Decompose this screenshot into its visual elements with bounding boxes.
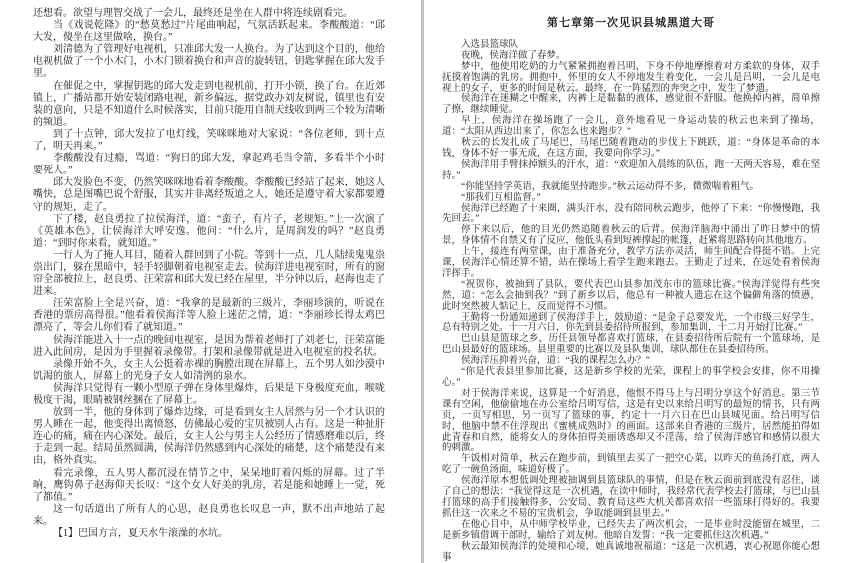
paragraph: 录像开始不久，女主人公挺着赤裸的胸膛出现在屏幕上，五个男人如沙漠中饥渴的旅人，屏… xyxy=(33,359,385,383)
paragraph: “你能坚持学英语，我就能坚持跑步。”秋云运动得不多，微微喘着粗气。 xyxy=(442,182,820,193)
paragraph: 李酸酸没有过瘾，骂道：“狗日的邱大发，拿起鸡毛当令箭，多看半个小时要死人。” xyxy=(33,153,385,177)
paragraph: 侯海洋用手臂抹掉额头的汗水，道：“欢迎加入晨练的队伍，跑一天两天容易，难在坚持。… xyxy=(442,160,820,182)
right-page-text: 入选县篮球队夜晚，侯海洋做了春梦。梦中，他使用吃奶的力气紧紧拥抱着吕明，下身不停… xyxy=(442,40,820,563)
paragraph: 上午，接连有两堂课，由于准备充分，教学方法亦灵活，师生间配合得挺不错。上完课，侯… xyxy=(442,247,820,280)
paragraph: 当《戏说乾隆》的“愁莫愁过”片尾曲响起，气氛活跃起来。李酸酸道：“邱大发，傻坐在… xyxy=(33,20,385,44)
paragraph: 在催促之中，掌握钥匙的邱大发走到电视机前，打开小锁，换了台。在近郊镇上，广播站都… xyxy=(33,81,385,129)
paragraph: 午饭相对简单，秋云在跑步前，到镇里去买了一把空心菜，以昨天的鱼汤打底，两人吃了一… xyxy=(442,454,820,476)
paragraph: 这一句话道出了所有人的心思，赵良勇也长叹息一声，默不出声地站了起来。 xyxy=(33,504,385,528)
paragraph: “那我们互相监督。” xyxy=(442,193,820,204)
paragraph: 早上，侯海洋在操场跑了一会儿，意外地看见一身运动装的秋云也来到了操场，道：“太阳… xyxy=(442,116,820,138)
paragraph: 侯海洋原本想低调处理被抽调到县篮球队的事情，但是在秋云面前到底没有忍住，谈了自己… xyxy=(442,476,820,520)
paragraph: 看完录像，五人男人都沉浸在情节之中，呆呆地盯着闪烁的屏幕。过了半晌，鹰钩鼻子赵海… xyxy=(33,468,385,504)
paragraph: 入选县篮球队 xyxy=(442,40,820,51)
paragraph: 梦中，他使用吃奶的力气紧紧拥抱着吕明，下身不停地摩擦着对方柔软的身体，双手抚摸着… xyxy=(442,62,820,95)
paragraph: 秋云最知侯海洋的处境和心境，她真诚地祝福道：“这是一次机遇，衷心祝愿你能心想事 xyxy=(442,542,820,563)
paragraph: 秋云的长发扎成了马尾巴，马尾巴随着跑动的步伐上下跳跃，道：“身体是革命的本钱，身… xyxy=(442,138,820,160)
paragraph: 汪荣富脸上全是兴奋，道：“我拿的是最新的三级片，李丽珍演的，听说在香港的票房高得… xyxy=(33,298,385,334)
paragraph: 巴山县是篮球之乡，历任县领导都喜欢打篮球，在县委招待所后院有一个篮球场，是巴山县… xyxy=(442,334,820,356)
paragraph: “你是代表县里参加比赛，这是新乡学校的光荣，课程上的事学校会安排，你不用操心。” xyxy=(442,367,820,389)
paragraph: 放到一半，他的身体到了爆炸边缘，可是看到女主人居然与另一个才认识的男人睡在一起，… xyxy=(33,407,385,467)
paragraph: 对于侯海洋来说，这算是一个好消息，他恨不得马上与吕明分享这个好消息。第三节课有空… xyxy=(442,389,820,454)
paragraph: 夜晚，侯海洋做了春梦。 xyxy=(442,51,820,62)
paragraph: 邱大发脸色不变，仍然笑咪咪地看着李酸酸。李酸酸已经站了起来，她这人嘴快，总是图嘴… xyxy=(33,177,385,213)
paragraph: 一行人为了掩人耳目，随着人群回到了小院。等到十一点，几人陆续鬼鬼祟祟出门，躲在黑… xyxy=(33,250,385,298)
chapter-title: 第七章第一次见识县城黑道大哥 xyxy=(442,18,820,29)
paragraph: 还想看。欲望与理智交战了一会儿，最终还是坐在人群中将连续剧看完。 xyxy=(33,8,385,20)
paragraph: 下了楼，赵良勇拉了拉侯海洋，道：“蛮子，有片子，老规矩。”上一次演了《英雄本色》… xyxy=(33,214,385,250)
paragraph: 侯海洋已经跑了十来圈，满头汗水，没有陪同秋云跑步，他停了下来：“你慢慢跑，我先回… xyxy=(442,204,820,226)
footnote: 【1】巴国方言，夏天水牛滚澡的水坑。 xyxy=(33,528,385,540)
paragraph: 侯海洋只觉得有一颗小型原子弹在身体里爆炸，后果是下身极度充血，喉咙极度干渴，眼睛… xyxy=(33,383,385,407)
paragraph: 到了十点钟，邱大发拉了电灯线，笑咪咪地对大家说：“各位老师，到十点了，明天再来。… xyxy=(33,129,385,153)
book-spread: 还想看。欲望与理智交战了一会儿，最终还是坐在人群中将连续剧看完。当《戏说乾隆》的… xyxy=(0,0,845,563)
left-page-text: 还想看。欲望与理智交战了一会儿，最终还是坐在人群中将连续剧看完。当《戏说乾隆》的… xyxy=(33,8,385,528)
paragraph: 刘清德为了管理好电视机，只准邱大发一人换台。为了达到这个目的，他给电视机做了一个… xyxy=(33,44,385,80)
left-page: 还想看。欲望与理智交战了一会儿，最终还是坐在人群中将连续剧看完。当《戏说乾隆》的… xyxy=(0,0,421,563)
paragraph: 王勤将一份通知递到了侯海洋手上，鼓励道：“是金子总要发光，一个市级三好学生，总有… xyxy=(442,313,820,335)
paragraph: 在他心目中，从中师学校毕业，已经失去了两次机会，一是毕业时没能留在城里，二是新乡… xyxy=(442,520,820,542)
paragraph: 停下来以后，他的目光仍然追随着秋云的后背。侯海洋脑海中涌出了昨日梦中的情景，身体… xyxy=(442,225,820,247)
paragraph: 侯海洋压抑着兴奋，道：“我的课程怎么办？” xyxy=(442,356,820,367)
paragraph: “祝贺你，被抽到了县队，要代表巴山县参加茂东市的篮球比赛。”侯海洋觉得有些突然，… xyxy=(442,280,820,313)
right-page: 第七章第一次见识县城黑道大哥 入选县篮球队夜晚，侯海洋做了春梦。梦中，他使用吃奶… xyxy=(424,0,845,563)
paragraph: 侯海洋能进入十一点的晚间电视室，是因为帮着老师打了刘老七，汪荣富能进入此间房，是… xyxy=(33,335,385,359)
paragraph: 侯海洋在迷糊之中醒来，内裤上是黏黏的液体，感觉很不舒服。他换掉内裤，简单擦了擦，… xyxy=(442,94,820,116)
